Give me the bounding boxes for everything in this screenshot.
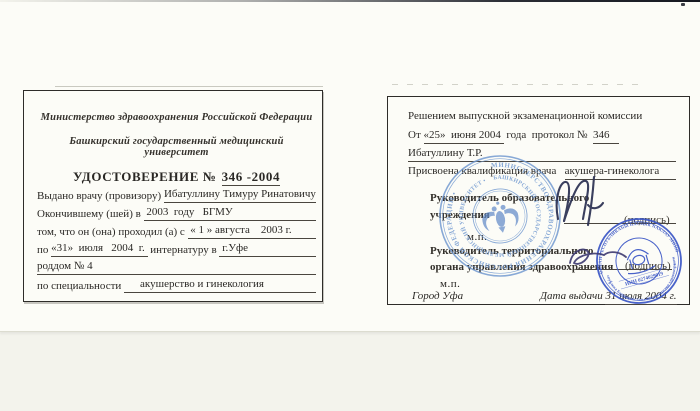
period-to-mid: интернатуру в	[148, 244, 220, 257]
scan-artifact-line	[55, 86, 323, 87]
graduated-prefix: Окончившему (шей) в	[37, 208, 144, 221]
issued-to-prefix: Выдано врачу (провизору)	[37, 190, 164, 203]
certificate-title-label: УДОСТОВЕРЕНИЕ №	[73, 169, 217, 184]
protocol-line: От «25» июня 2004 года протокол № 346	[408, 129, 669, 144]
certificate-number: 346 -2004	[222, 169, 280, 186]
specialty-value: акушерство и гинекология	[124, 278, 264, 293]
certificate-left-page: Министерство здравоохранения Российской …	[23, 90, 323, 302]
ruled-line	[610, 129, 619, 144]
line-period-from: том, что он (она) проходил (а) с « 1 » а…	[37, 221, 316, 239]
period-to-date: «31» июля 2004 г.	[51, 242, 147, 257]
period-from-prefix: том, что он (она) проходил (а) с	[37, 226, 188, 239]
signature-education-ink	[550, 175, 616, 227]
double-headed-eagle-icon	[480, 198, 521, 235]
ruled-line	[659, 165, 676, 180]
specialty-prefix: по специальности	[37, 280, 124, 293]
line-specialty: по специальности акушерство и гинекологи…	[37, 275, 316, 293]
line-period-to: по «31» июля 2004 г. интернатуру в г.Уфе	[37, 239, 316, 257]
commission-line: Решением выпускной экзаменационной комис…	[408, 110, 642, 123]
ruled-line	[233, 220, 316, 221]
graduated-value: 2003 году БГМУ	[144, 206, 233, 221]
period-to-city: г.Уфе	[219, 242, 248, 257]
scan-artifact-dashes	[392, 84, 640, 85]
scan-speck	[681, 3, 685, 6]
ruled-line	[248, 256, 316, 257]
ruled-line	[294, 238, 316, 239]
ruled-line	[93, 274, 316, 275]
city-line: Город Уфа	[412, 290, 463, 303]
protocol-date: «25» июня 2004	[424, 129, 504, 144]
scanned-certificate: Министерство здравоохранения Российской …	[0, 0, 700, 411]
issued-to-value: Ибатуллину Тимуру Ринатовичу	[164, 188, 316, 203]
stamp-star-right: *	[673, 263, 678, 270]
protocol-prefix: От	[408, 129, 424, 144]
university-round-stamp-icon: МИНИСТЕРСТВО ЗДРАВООХРАНЕНИЯ РОССИЙСКОЙ …	[437, 153, 563, 279]
line-maternity-hospital: роддом № 4	[37, 257, 316, 275]
university-line: Башкирский государственный медицинский у…	[37, 136, 316, 158]
signature-territorial-ink	[564, 243, 630, 271]
period-from-value: « 1 » августа 2003 г.	[188, 224, 295, 239]
maternity-hospital-value: роддом № 4	[37, 260, 93, 275]
period-to-prefix: по	[37, 244, 51, 257]
ruled-line	[264, 292, 316, 293]
ministry-line: Министерство здравоохранения Российской …	[37, 112, 316, 123]
certificate-title: УДОСТОВЕРЕНИЕ №346 -2004	[37, 169, 316, 185]
line-graduated: Окончившему (шей) в 2003 году БГМУ	[37, 203, 316, 221]
protocol-number: 346	[593, 129, 610, 144]
scanner-edge-strip	[0, 0, 700, 2]
protocol-mid: года протокол №	[504, 129, 593, 144]
line-issued-to: Выдано врачу (провизору) Ибатуллину Тиму…	[37, 185, 316, 203]
